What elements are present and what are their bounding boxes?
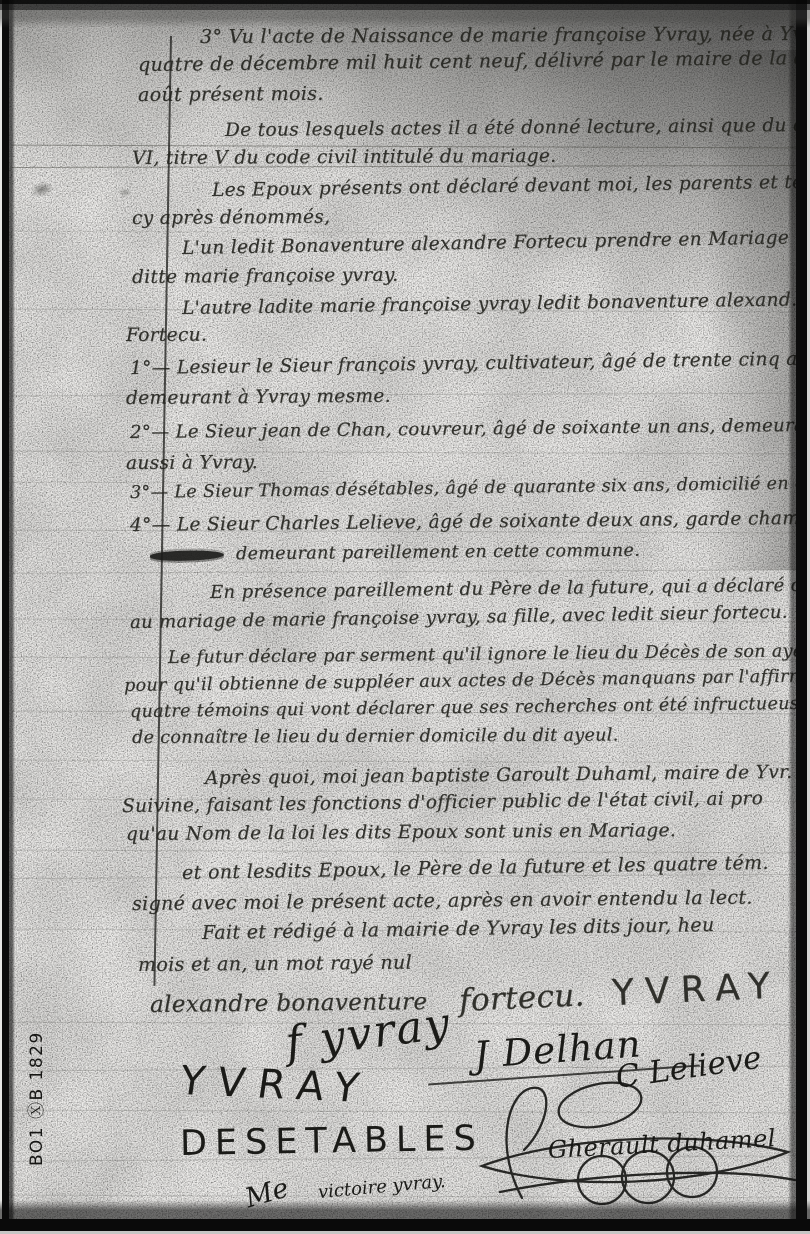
manuscript-line: qu'au Nom de la loi les dits Epoux sont … (126, 820, 676, 845)
signature-yvray-capitals: YVRAY (177, 1058, 375, 1112)
manuscript-line: et ont lesdits Epoux, le Père de la futu… (182, 852, 769, 884)
manuscript-line: ditte marie françoise yvray. (132, 265, 399, 288)
manuscript-line: En présence pareillement du Père de la f… (210, 574, 810, 603)
manuscript-line: aussi à Yvray. (126, 452, 258, 474)
ink-smudge (28, 179, 55, 200)
document-scan: 3° Vu l'acte de Naissance de marie franç… (0, 0, 810, 1234)
manuscript-line: Fortecu. (126, 325, 207, 346)
manuscript-line: Après quoi, moi jean baptiste Garoult Du… (205, 762, 793, 789)
manuscript-line: Suivine, faisant les fonctions d'officie… (122, 788, 763, 817)
manuscript-line-text: demeurant pareillement en cette commune. (236, 541, 640, 565)
manuscript-line: cy après dénommés, (132, 207, 330, 229)
manuscript-line: août présent mois. (138, 83, 324, 106)
bride-signature-inline: YVRAY (611, 965, 782, 1014)
scan-edge-bottom (0, 1200, 810, 1234)
manuscript-line: 1°— Lesieur le Sieur françois yvray, cul… (130, 349, 798, 379)
manuscript-line: VI, titre V du code civil intitulé du ma… (132, 146, 557, 169)
signature-victoire-yvray: victoire yvray. (317, 1171, 446, 1203)
scan-edge-top (0, 0, 810, 28)
closing-line: alexandre bonaventure fortecu. YVRAY ./. (150, 973, 810, 1021)
manuscript-line: signé avec moi le présent acte, après en… (132, 887, 753, 915)
signature-desetables-capitals: DESETABLES (180, 1119, 484, 1164)
archive-mark: BO1 ⓍB 1829 (22, 1031, 47, 1166)
manuscript-line: Le futur déclare par serment qu'il ignor… (168, 641, 810, 668)
manuscript-line: demeurant pareillement en cette commune. (150, 541, 640, 565)
manuscript-line: au mariage de marie françoise yvray, sa … (130, 602, 788, 633)
manuscript-line: demeurant à Yvray mesme. (126, 386, 391, 409)
manuscript-line: mois et an, un mot rayé nul (138, 952, 412, 976)
scan-edge-left (0, 0, 15, 1234)
ink-smudge (118, 188, 132, 197)
manuscript-line: de connaître le lieu du dernier domicile… (132, 725, 619, 748)
signature-mayor: Gherault duhamel (547, 1124, 776, 1164)
ruled-line (12, 569, 798, 573)
groom-signature-inline: fortecu. (458, 977, 585, 1019)
crossed-out-word (150, 549, 224, 562)
manuscript-line: quatre témoins qui vont déclarer que ses… (130, 693, 810, 722)
scan-edge-right (788, 0, 810, 1234)
ruled-line (12, 1110, 798, 1114)
manuscript-line: pour qu'il obtienne de suppléer aux acte… (124, 666, 810, 696)
manuscript-line: Fait et rédigé à la mairie de Yvray les … (202, 914, 715, 944)
